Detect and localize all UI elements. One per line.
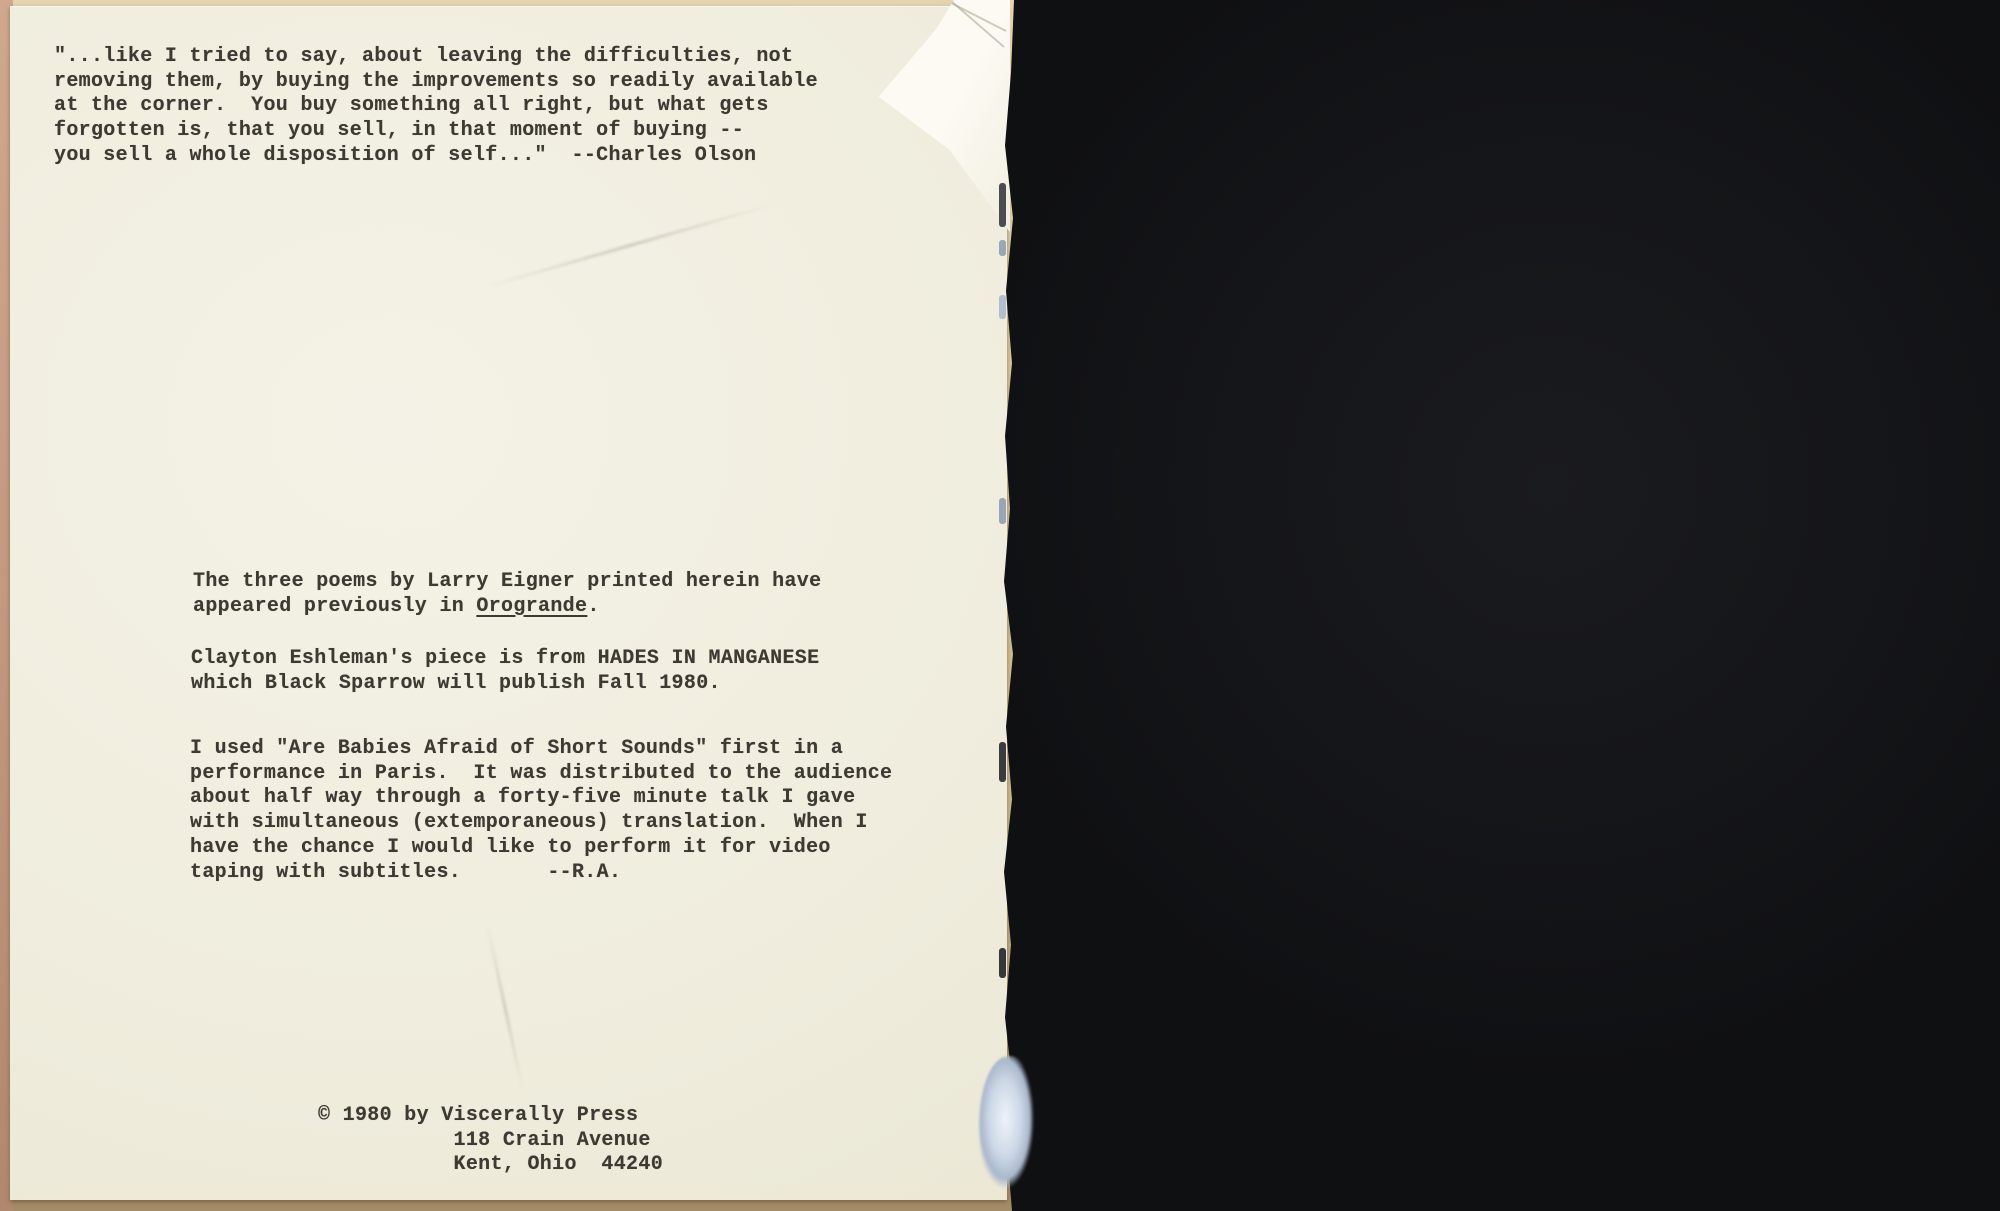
performance-note: I used "Are Babies Afraid of Short Sound… (190, 737, 892, 885)
binding-stitch-mark (999, 742, 1006, 782)
scanned-book-spread: "...like I tried to say, about leaving t… (0, 0, 2000, 1211)
page-crease (485, 203, 774, 289)
orogrande-title: Orogrande (476, 595, 587, 618)
right-page-black (1000, 0, 2000, 1211)
eshleman-note: Clayton Eshleman's piece is from HADES I… (191, 647, 819, 696)
binding-stitch-mark (999, 948, 1006, 978)
page-crease (486, 924, 524, 1091)
binding-stitch-mark (999, 498, 1006, 524)
copyright-block: © 1980 by Viscerally Press 118 Crain Ave… (318, 1104, 663, 1178)
epigraph-quote: "...like I tried to say, about leaving t… (54, 45, 818, 169)
left-page: "...like I tried to say, about leaving t… (10, 6, 1007, 1200)
eigner-note: The three poems by Larry Eigner printed … (193, 570, 821, 619)
binding-stitch-mark (999, 295, 1006, 319)
eigner-note-period: . (587, 595, 599, 618)
epigraph-attribution: --Charles Olson (547, 144, 756, 167)
binding-stitch-mark (999, 183, 1006, 227)
binding-stitch-mark (999, 240, 1006, 256)
